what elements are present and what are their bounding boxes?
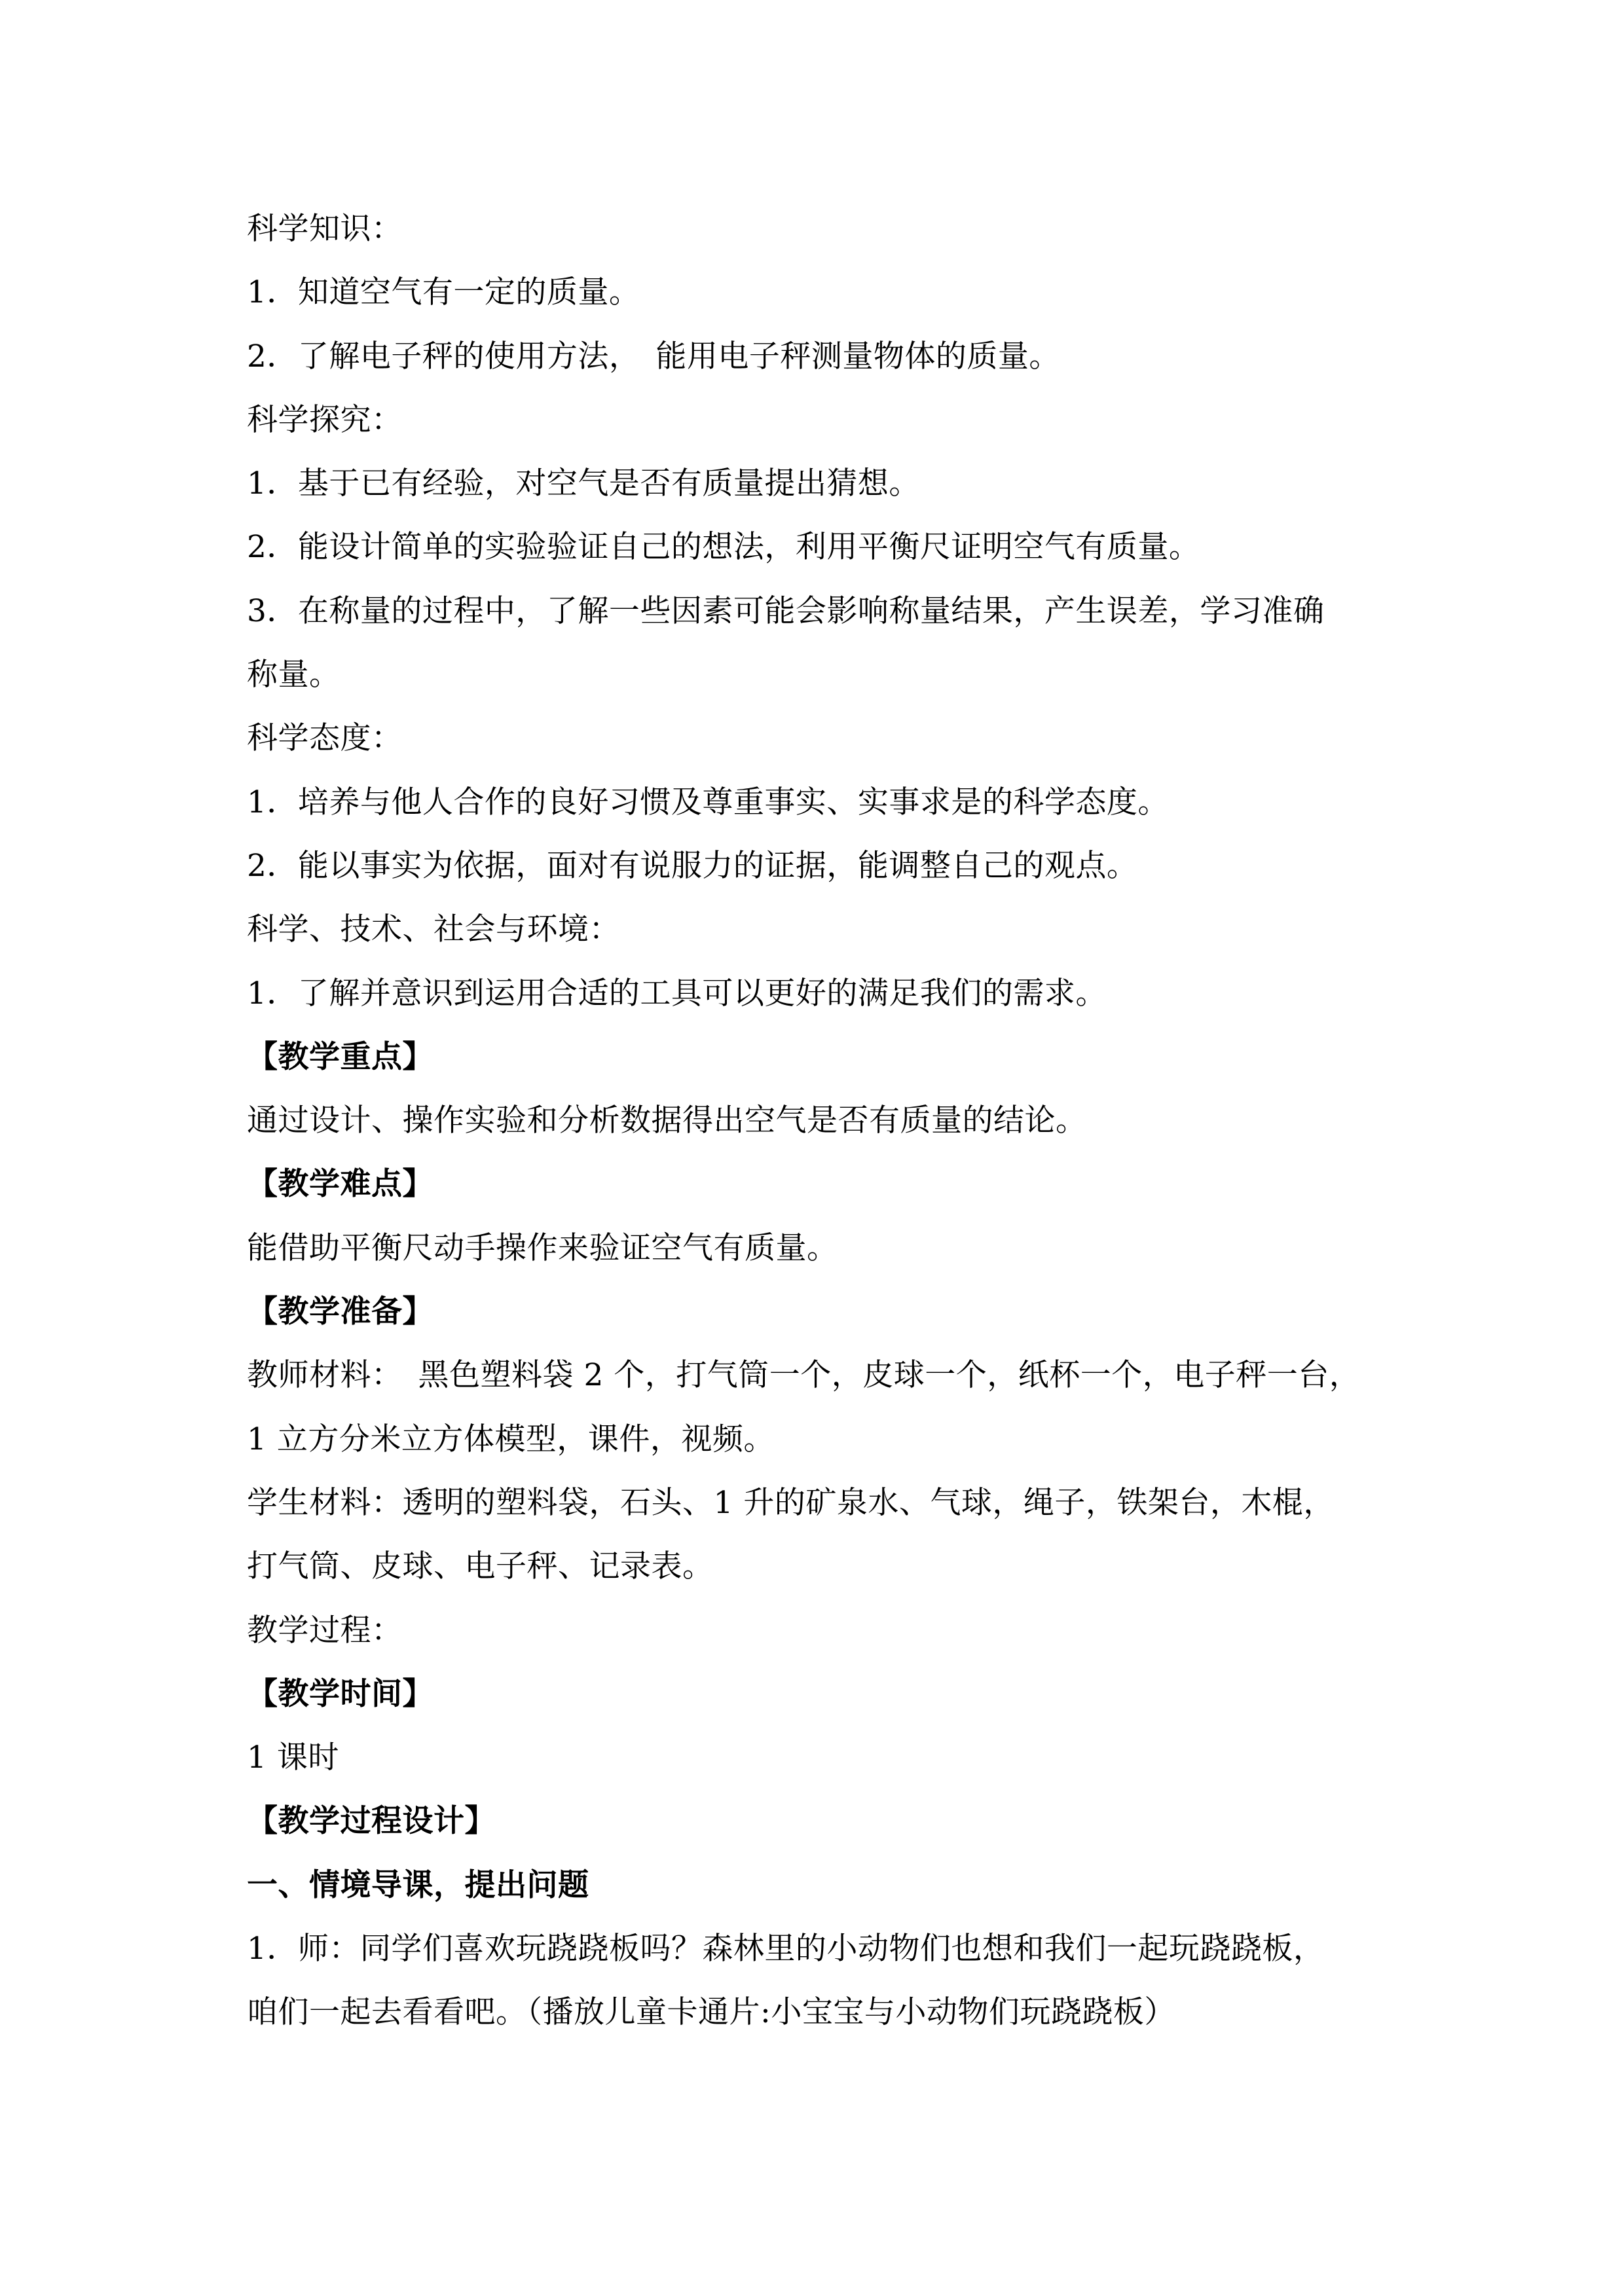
heading-teaching-focus: 【教学重点】: [247, 1025, 1386, 1089]
heading-teaching-time: 【教学时间】: [247, 1662, 1386, 1726]
inquiry-item-3-continued: 称量。: [247, 643, 1386, 706]
student-materials: 学生材料：透明的塑料袋，石头、1 升的矿泉水、气球，绳子，铁架台，木棍，: [247, 1471, 1386, 1535]
teaching-difficulty-text: 能借助平衡尺动手操作来验证空气有质量。: [247, 1216, 1386, 1280]
section-heading-attitude: 科学态度：: [247, 706, 1386, 770]
section-heading-knowledge: 科学知识：: [247, 197, 1386, 261]
knowledge-item-1: 1．知道空气有一定的质量。: [247, 261, 1386, 324]
attitude-item-2: 2．能以事实为依据，面对有说服力的证据，能调整自己的观点。: [247, 834, 1386, 898]
section-heading-inquiry: 科学探究：: [247, 388, 1386, 452]
inquiry-item-2: 2．能设计简单的实验验证自己的想法，利用平衡尺证明空气有质量。: [247, 515, 1386, 579]
teacher-materials: 教师材料： 黑色塑料袋 2 个，打气筒一个，皮球一个，纸杯一个，电子秤一台，: [247, 1343, 1386, 1407]
student-materials-continued: 打气筒、皮球、电子秤、记录表。: [247, 1535, 1386, 1598]
step-1-item-1: 1．师：同学们喜欢玩跷跷板吗？森林里的小动物们也想和我们一起玩跷跷板，: [247, 1917, 1386, 1980]
inquiry-item-3: 3．在称量的过程中，了解一些因素可能会影响称量结果，产生误差，学习准确: [247, 579, 1386, 643]
teaching-time-text: 1 课时: [247, 1726, 1386, 1789]
document-page: 科学知识： 1．知道空气有一定的质量。 2．了解电子秤的使用方法， 能用电子秤测…: [0, 0, 1624, 2296]
document-body: 科学知识： 1．知道空气有一定的质量。 2．了解电子秤的使用方法， 能用电子秤测…: [247, 197, 1386, 2045]
step-1-heading: 一、情境导课，提出问题: [247, 1853, 1386, 1917]
teacher-materials-continued: 1 立方分米立方体模型，课件，视频。: [247, 1408, 1386, 1471]
heading-teaching-difficulty: 【教学难点】: [247, 1152, 1386, 1216]
teaching-focus-text: 通过设计、操作实验和分析数据得出空气是否有质量的结论。: [247, 1089, 1386, 1152]
knowledge-item-2: 2．了解电子秤的使用方法， 能用电子秤测量物体的质量。: [247, 325, 1386, 388]
stse-item-1: 1．了解并意识到运用合适的工具可以更好的满足我们的需求。: [247, 962, 1386, 1025]
teaching-process-label: 教学过程：: [247, 1599, 1386, 1662]
section-heading-stse: 科学、技术、社会与环境：: [247, 898, 1386, 961]
heading-teaching-preparation: 【教学准备】: [247, 1280, 1386, 1343]
attitude-item-1: 1．培养与他人合作的良好习惯及尊重事实、实事求是的科学态度。: [247, 771, 1386, 834]
inquiry-item-1: 1．基于已有经验，对空气是否有质量提出猜想。: [247, 452, 1386, 515]
step-1-item-1-continued: 咱们一起去看看吧。（播放儿童卡通片:小宝宝与小动物们玩跷跷板）: [247, 1980, 1386, 2044]
heading-process-design: 【教学过程设计】: [247, 1789, 1386, 1853]
